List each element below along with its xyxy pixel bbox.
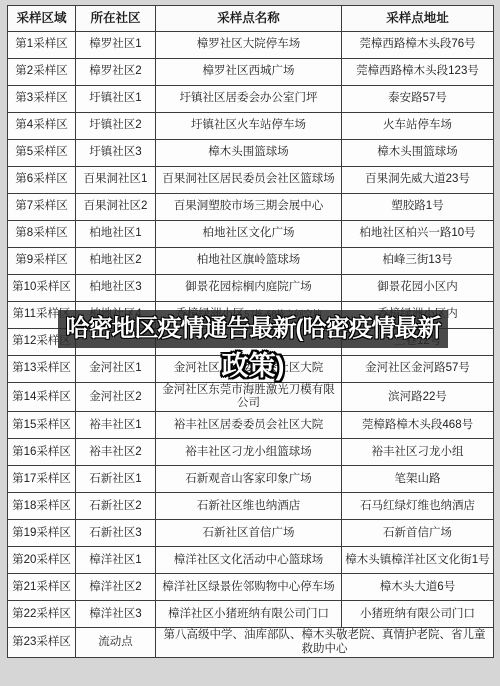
cell-region: 第20采样区 (8, 547, 76, 574)
table-row: 第17采样区石新社区1石新观音山客家印象广场笔架山路 (8, 466, 494, 493)
table-row: 第2采样区樟罗社区2樟罗社区西城广场莞樟西路樟木头段123号 (8, 59, 494, 86)
cell-community: 裕丰社区1 (76, 412, 156, 439)
table-row: 第15采样区裕丰社区1裕丰社区居委委员会社区大院莞樟路樟木头段468号 (8, 412, 494, 439)
cell-address: 泰安路57号 (342, 86, 494, 113)
cell-community: 百果洞社区1 (76, 167, 156, 194)
cell-address: 樟木头大道6号 (342, 574, 494, 601)
cell-site-name-merged: 第八高级中学、油库部队、樟木头敬老院、真情护老院、省儿童救助中心 (156, 628, 494, 657)
cell-community: 石新社区1 (76, 466, 156, 493)
cell-site-name: 金河社区居民委员会社区大院 (156, 356, 342, 383)
table-row: 第6采样区百果洞社区1百果洞社区居民委员会社区篮球场百果洞先威大道23号 (8, 167, 494, 194)
table-row: 第11采样区柏地社区4香樟绿洲小区57栋-58栋之间空地香樟绿洲小区内 (8, 302, 494, 329)
cell-address: 樟木头镇樟洋社区文化街1号 (342, 547, 494, 574)
cell-address: 柏地社区柏兴一路10号 (342, 221, 494, 248)
header-address: 采样点地址 (342, 6, 494, 32)
cell-region: 第23采样区 (8, 628, 76, 657)
cell-region: 第21采样区 (8, 574, 76, 601)
cell-region: 第1采样区 (8, 32, 76, 59)
article-image: 采样区域 所在社区 采样点名称 采样点地址 第1采样区樟罗社区1樟罗社区大院停车… (0, 0, 500, 686)
cell-site-name: 裕丰社区居委委员会社区大院 (156, 412, 342, 439)
cell-region: 第6采样区 (8, 167, 76, 194)
cell-site-name: 百果洞社区居民委员会社区篮球场 (156, 167, 342, 194)
cell-region: 第12采样区 (8, 329, 76, 356)
cell-site-name: 樟木头围篮球场 (156, 140, 342, 167)
cell-address: 柏峰三街13号 (342, 248, 494, 275)
cell-site-name: 石新社区维也纳酒店 (156, 493, 342, 520)
cell-site-name: 裕丰社区刁龙小组篮球场 (156, 439, 342, 466)
cell-site-name: 樟洋社区小猪班纳有限公司门口 (156, 601, 342, 628)
table-row: 第5采样区圩镇社区3樟木头围篮球场樟木头围篮球场 (8, 140, 494, 167)
cell-site-name: 百果洞塑胶市场三期会展中心 (156, 194, 342, 221)
table-row: 第16采样区裕丰社区2裕丰社区刁龙小组篮球场裕丰社区刁龙小组 (8, 439, 494, 466)
cell-community: 裕丰社区2 (76, 439, 156, 466)
cell-region: 第4采样区 (8, 113, 76, 140)
cell-address: 裕丰社区刁龙小组 (342, 439, 494, 466)
cell-community: 金河社区1 (76, 356, 156, 383)
table-row: 第12采样区三巷12号 (8, 329, 494, 356)
cell-address: 塑胶路1号 (342, 194, 494, 221)
cell-region: 第14采样区 (8, 383, 76, 412)
table-body: 第1采样区樟罗社区1樟罗社区大院停车场莞樟西路樟木头段76号第2采样区樟罗社区2… (8, 32, 494, 658)
cell-region: 第7采样区 (8, 194, 76, 221)
cell-address: 笔架山路 (342, 466, 494, 493)
cell-site-name: 柏地社区旗岭篮球场 (156, 248, 342, 275)
cell-community: 石新社区2 (76, 493, 156, 520)
table-row: 第14采样区金河社区2金河社区东莞市海胜激光刀模有限公司滨河路22号 (8, 383, 494, 412)
table-row: 第1采样区樟罗社区1樟罗社区大院停车场莞樟西路樟木头段76号 (8, 32, 494, 59)
cell-site-name: 御景花园棕榈内庭院广场 (156, 275, 342, 302)
cell-region: 第2采样区 (8, 59, 76, 86)
cell-region: 第9采样区 (8, 248, 76, 275)
table-row: 第3采样区圩镇社区1圩镇社区居委会办公室门坪泰安路57号 (8, 86, 494, 113)
table-row: 第20采样区樟洋社区1樟洋社区文化活动中心篮球场樟木头镇樟洋社区文化街1号 (8, 547, 494, 574)
cell-address: 莞樟路樟木头段468号 (342, 412, 494, 439)
cell-site-name: 圩镇社区居委会办公室门坪 (156, 86, 342, 113)
cell-region: 第11采样区 (8, 302, 76, 329)
cell-site-name-small: 57栋-58栋之间空地 (244, 309, 321, 319)
cell-region: 第5采样区 (8, 140, 76, 167)
cell-address: 莞樟西路樟木头段123号 (342, 59, 494, 86)
cell-community: 樟洋社区1 (76, 547, 156, 574)
cell-region: 第10采样区 (8, 275, 76, 302)
table-row: 第10采样区柏地社区3御景花园棕榈内庭院广场御景花园小区内 (8, 275, 494, 302)
cell-community: 圩镇社区1 (76, 86, 156, 113)
table-row: 第21采样区樟洋社区2樟洋社区绿景佐邻购物中心停车场樟木头大道6号 (8, 574, 494, 601)
header-community: 所在社区 (76, 6, 156, 32)
cell-community: 柏地社区1 (76, 221, 156, 248)
cell-community: 圩镇社区2 (76, 113, 156, 140)
cell-region: 第17采样区 (8, 466, 76, 493)
cell-community: 樟罗社区1 (76, 32, 156, 59)
table-row: 第7采样区百果洞社区2百果洞塑胶市场三期会展中心塑胶路1号 (8, 194, 494, 221)
cell-community: 柏地社区2 (76, 248, 156, 275)
sampling-table: 采样区域 所在社区 采样点名称 采样点地址 第1采样区樟罗社区1樟罗社区大院停车… (7, 5, 494, 658)
table-row: 第22采样区樟洋社区3樟洋社区小猪班纳有限公司门口小猪班纳有限公司门口 (8, 601, 494, 628)
cell-address: 莞樟西路樟木头段76号 (342, 32, 494, 59)
cell-site-name: 石新社区首信广场 (156, 520, 342, 547)
cell-community: 樟洋社区3 (76, 601, 156, 628)
cell-community: 樟罗社区2 (76, 59, 156, 86)
cell-address: 香樟绿洲小区内 (342, 302, 494, 329)
cell-region: 第16采样区 (8, 439, 76, 466)
cell-site-name: 樟洋社区绿景佐邻购物中心停车场 (156, 574, 342, 601)
cell-community: 流动点 (76, 628, 156, 657)
cell-site-name: 金河社区东莞市海胜激光刀模有限公司 (156, 383, 342, 412)
cell-address: 石新首信广场 (342, 520, 494, 547)
cell-address: 小猪班纳有限公司门口 (342, 601, 494, 628)
cell-region: 第22采样区 (8, 601, 76, 628)
cell-address: 滨河路22号 (342, 383, 494, 412)
cell-community: 柏地社区4 (76, 302, 156, 329)
cell-community (76, 329, 156, 356)
cell-address: 石马红绿灯维也纳酒店 (342, 493, 494, 520)
table-row: 第13采样区金河社区1金河社区居民委员会社区大院金河社区金河路57号 (8, 356, 494, 383)
header-site-name: 采样点名称 (156, 6, 342, 32)
table-header: 采样区域 所在社区 采样点名称 采样点地址 (8, 6, 494, 32)
cell-site-name: 石新观音山客家印象广场 (156, 466, 342, 493)
cell-site-name (156, 329, 342, 356)
header-row: 采样区域 所在社区 采样点名称 采样点地址 (8, 6, 494, 32)
table-row: 第4采样区圩镇社区2圩镇社区火车站停车场火车站停车场 (8, 113, 494, 140)
table-row: 第23采样区流动点第八高级中学、油库部队、樟木头敬老院、真情护老院、省儿童救助中… (8, 628, 494, 657)
cell-region: 第19采样区 (8, 520, 76, 547)
cell-address: 御景花园小区内 (342, 275, 494, 302)
table-row: 第18采样区石新社区2石新社区维也纳酒店石马红绿灯维也纳酒店 (8, 493, 494, 520)
cell-community: 圩镇社区3 (76, 140, 156, 167)
cell-region: 第15采样区 (8, 412, 76, 439)
cell-region: 第18采样区 (8, 493, 76, 520)
table-row: 第19采样区石新社区3石新社区首信广场石新首信广场 (8, 520, 494, 547)
cell-site-name: 樟洋社区文化活动中心篮球场 (156, 547, 342, 574)
cell-address: 百果洞先威大道23号 (342, 167, 494, 194)
table-row: 第9采样区柏地社区2柏地社区旗岭篮球场柏峰三街13号 (8, 248, 494, 275)
cell-address: 火车站停车场 (342, 113, 494, 140)
cell-community: 柏地社区3 (76, 275, 156, 302)
cell-community: 百果洞社区2 (76, 194, 156, 221)
cell-site-name: 柏地社区文化广场 (156, 221, 342, 248)
cell-region: 第8采样区 (8, 221, 76, 248)
header-region: 采样区域 (8, 6, 76, 32)
cell-community: 石新社区3 (76, 520, 156, 547)
cell-community: 金河社区2 (76, 383, 156, 412)
cell-address: 金河社区金河路57号 (342, 356, 494, 383)
table-row: 第8采样区柏地社区1柏地社区文化广场柏地社区柏兴一路10号 (8, 221, 494, 248)
cell-address: 三巷12号 (342, 329, 494, 356)
cell-site-name: 樟罗社区大院停车场 (156, 32, 342, 59)
cell-site-name: 香樟绿洲小区57栋-58栋之间空地 (156, 302, 342, 329)
cell-site-name: 圩镇社区火车站停车场 (156, 113, 342, 140)
cell-site-name: 樟罗社区西城广场 (156, 59, 342, 86)
cell-region: 第3采样区 (8, 86, 76, 113)
cell-address: 樟木头围篮球场 (342, 140, 494, 167)
cell-community: 樟洋社区2 (76, 574, 156, 601)
cell-region: 第13采样区 (8, 356, 76, 383)
